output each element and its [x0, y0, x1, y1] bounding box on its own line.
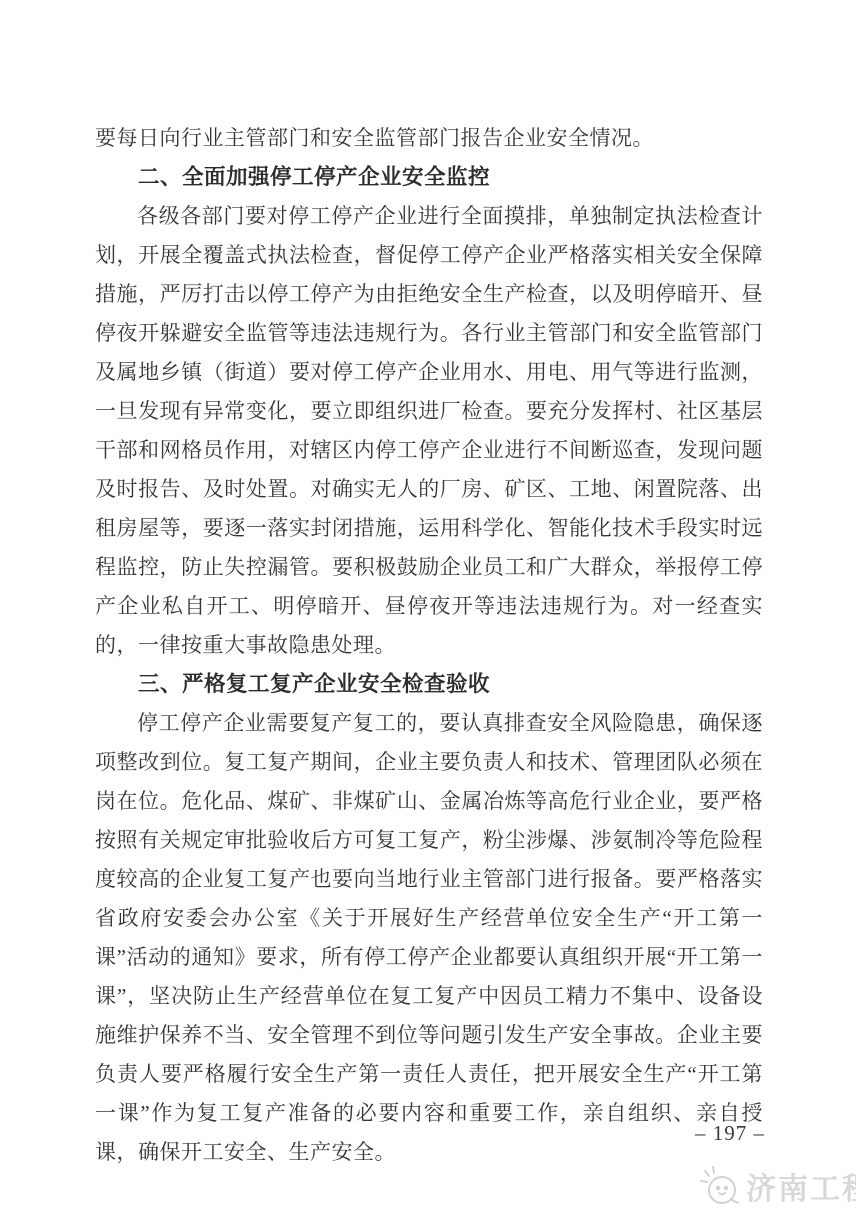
- watermark: 济南工程: [698, 1164, 856, 1208]
- section-heading-3: 三、严格复工复产企业安全检查验收: [95, 665, 763, 704]
- page-number: – 197 –: [695, 1121, 765, 1146]
- section-2-paragraph: 各级各部门要对停工停产企业进行全面摸排，单独制定执法检查计划，开展全覆盖式执法检…: [95, 197, 763, 665]
- document-body: 要每日向行业主管部门和安全监管部门报告企业安全情况。 二、全面加强停工停产企业安…: [95, 119, 763, 1172]
- watermark-logo-icon: [698, 1164, 742, 1208]
- document-page: 要每日向行业主管部门和安全监管部门报告企业安全情况。 二、全面加强停工停产企业安…: [0, 0, 856, 1225]
- section-heading-2: 二、全面加强停工停产企业安全监控: [95, 158, 763, 197]
- section-3-paragraph: 停工停产企业需要复产复工的，要认真排查安全风险隐患，确保逐项整改到位。复工复产期…: [95, 704, 763, 1172]
- paragraph-continuation: 要每日向行业主管部门和安全监管部门报告企业安全情况。: [95, 119, 763, 158]
- watermark-text: 济南工程: [746, 1164, 856, 1208]
